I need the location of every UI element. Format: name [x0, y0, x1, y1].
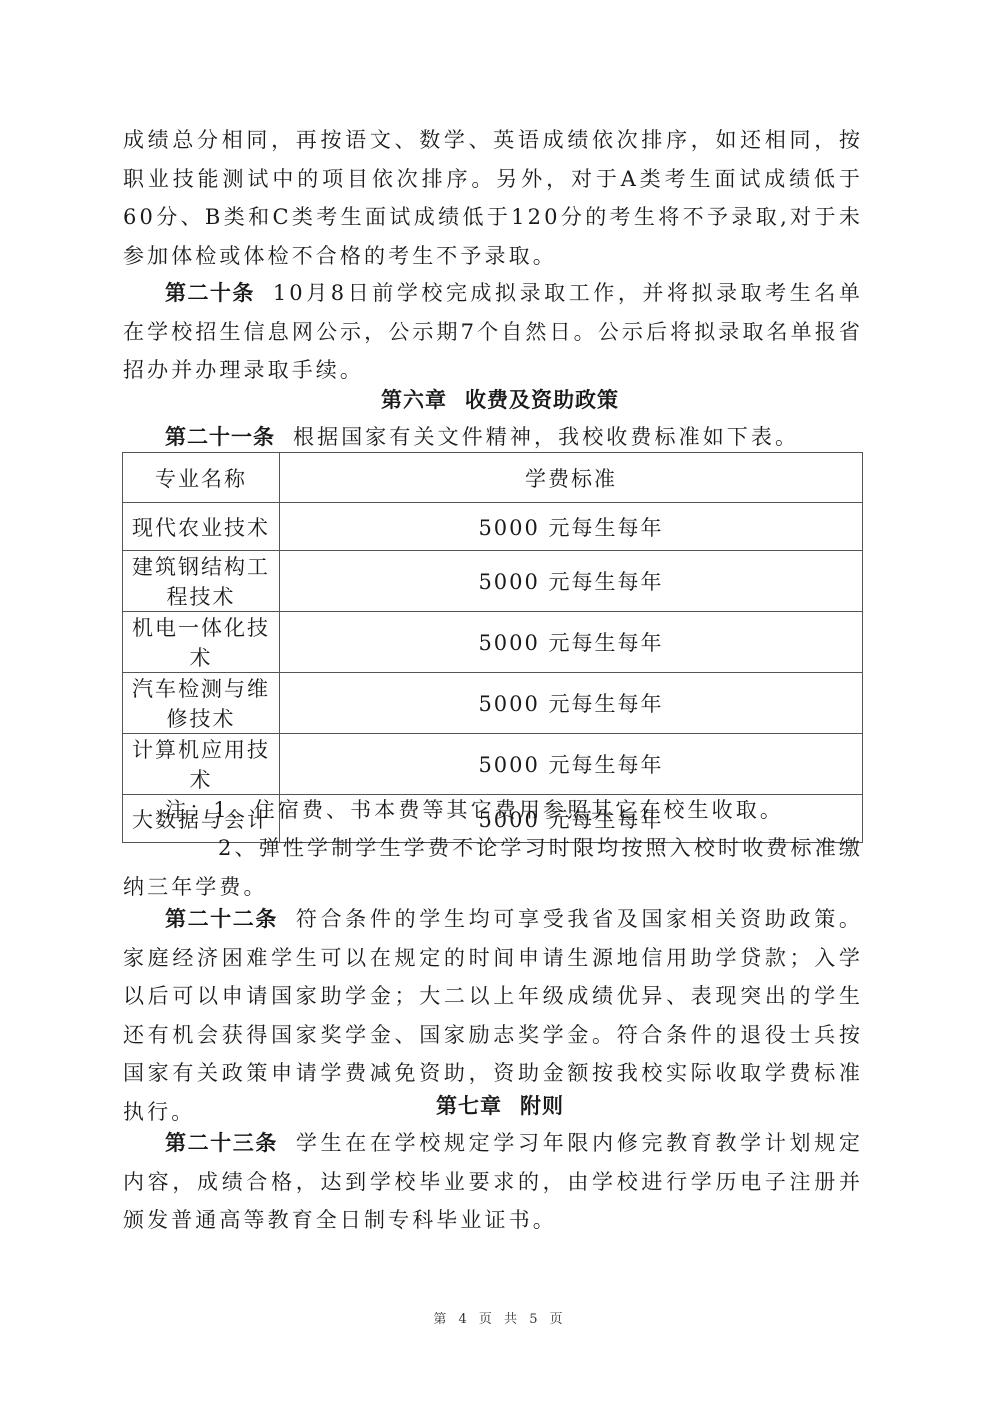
chapter-6-title: 收费及资助政策 — [465, 388, 619, 412]
header-fee: 学费标准 — [280, 453, 863, 503]
fee-cell: 5000 元每生每年 — [280, 734, 863, 795]
article-20-label: 第二十条 — [165, 281, 255, 305]
table-row: 计算机应用技术 5000 元每生每年 — [123, 734, 863, 795]
note-1: 注：1、住宿费、书本费等其它费用参照其它在校生收取。 — [123, 791, 863, 830]
major-cell: 汽车检测与维修技术 — [123, 673, 280, 734]
note-2: 2、弹性学制学生学费不论学习时限均按照入校时收费标准缴纳三年学费。 — [123, 829, 863, 906]
article-23-label: 第二十三条 — [165, 1131, 278, 1155]
major-cell: 计算机应用技术 — [123, 734, 280, 795]
table-row: 机电一体化技术 5000 元每生每年 — [123, 612, 863, 673]
header-major: 专业名称 — [123, 453, 280, 503]
fee-table: 专业名称 学费标准 现代农业技术 5000 元每生每年 建筑钢结构工程技术 50… — [122, 452, 863, 843]
article-21-label: 第二十一条 — [165, 425, 275, 449]
article-21: 第二十一条根据国家有关文件精神，我校收费标准如下表。 — [123, 418, 863, 457]
article-23: 第二十三条学生在在学校规定学习年限内修完教育教学计划规定内容，成绩合格，达到学校… — [123, 1124, 863, 1240]
chapter-7-heading: 第七章附则 — [0, 1090, 1000, 1120]
fee-cell: 5000 元每生每年 — [280, 551, 863, 612]
chapter-7-title: 附则 — [520, 1094, 564, 1118]
fee-cell: 5000 元每生每年 — [280, 673, 863, 734]
article-21-text: 根据国家有关文件精神，我校收费标准如下表。 — [293, 425, 799, 449]
table-row: 现代农业技术 5000 元每生每年 — [123, 503, 863, 551]
major-cell: 现代农业技术 — [123, 503, 280, 551]
table-row: 汽车检测与维修技术 5000 元每生每年 — [123, 673, 863, 734]
fee-table-header: 专业名称 学费标准 — [123, 453, 863, 503]
page-indicator: 第 4 页 共 5 页 — [0, 1308, 1000, 1327]
major-cell: 机电一体化技术 — [123, 612, 280, 673]
article-22-label: 第二十二条 — [165, 907, 278, 931]
fee-cell: 5000 元每生每年 — [280, 612, 863, 673]
document-page: 成绩总分相同，再按语文、数学、英语成绩依次排序，如还相同，按职业技能测试中的项目… — [0, 0, 1000, 1414]
table-row: 建筑钢结构工程技术 5000 元每生每年 — [123, 551, 863, 612]
chapter-6-heading: 第六章收费及资助政策 — [0, 384, 1000, 414]
major-cell: 建筑钢结构工程技术 — [123, 551, 280, 612]
chapter-6-number: 第六章 — [381, 388, 447, 412]
fee-cell: 5000 元每生每年 — [280, 503, 863, 551]
chapter-7-number: 第七章 — [436, 1094, 502, 1118]
continuation-paragraph: 成绩总分相同，再按语文、数学、英语成绩依次排序，如还相同，按职业技能测试中的项目… — [123, 121, 863, 275]
article-20: 第二十条10月8日前学校完成拟录取工作，并将拟录取考生名单在学校招生信息网公示，… — [123, 274, 863, 390]
